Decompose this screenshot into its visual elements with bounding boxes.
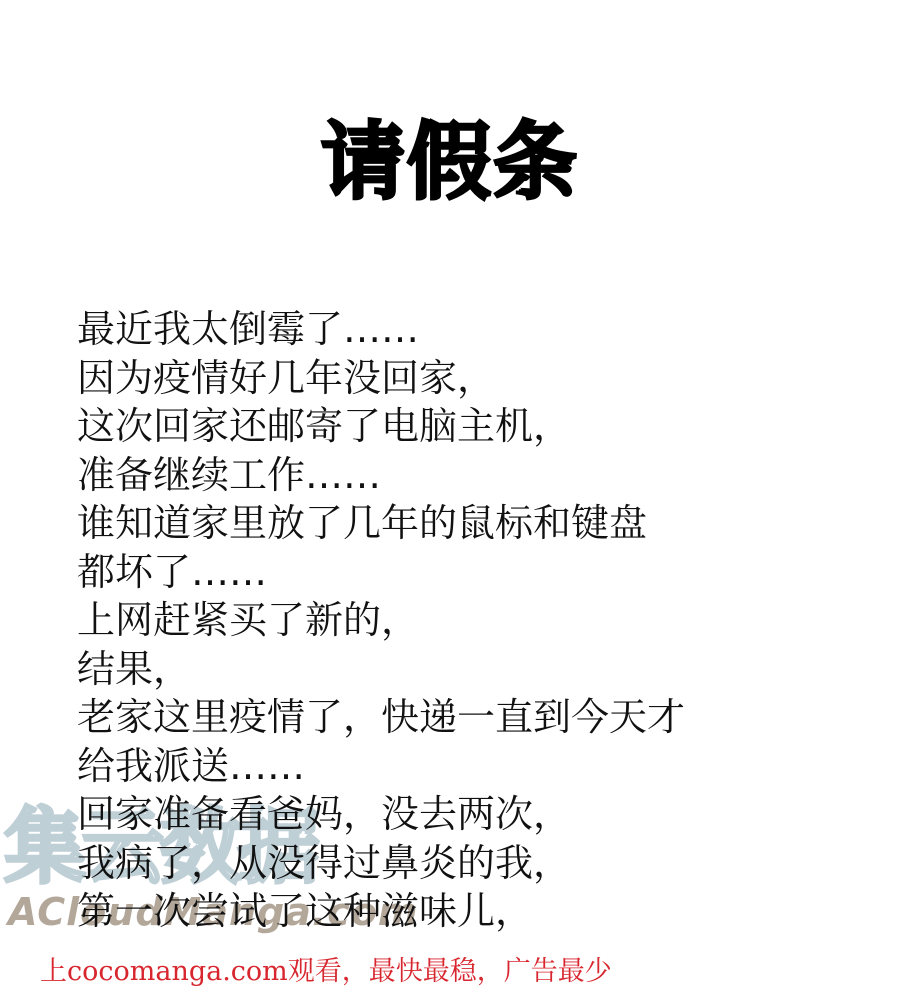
body-line: 因为疫情好几年没回家， (77, 354, 877, 403)
body-line: 上网赶紧买了新的， (77, 596, 877, 645)
body-line: 给我派送…… (77, 742, 877, 791)
body-line: 准备继续工作…… (77, 451, 877, 500)
body-line: 回家准备看爸妈，没去两次， (77, 790, 877, 839)
body-line: 谁知道家里放了几年的鼠标和键盘 (77, 499, 877, 548)
footer-ad-text: 上cocomanga.com观看，最快最稳，广告最少 (40, 952, 612, 992)
page-title: 请假条 (0, 112, 900, 212)
body-line: 我病了，从没得过鼻炎的我， (77, 839, 877, 888)
body-line: 这次回家还邮寄了电脑主机， (77, 402, 877, 451)
body-line: 都坏了…… (77, 548, 877, 597)
body-line: 结果， (77, 645, 877, 694)
leave-note-body: 最近我太倒霉了…… 因为疫情好几年没回家， 这次回家还邮寄了电脑主机， 准备继续… (77, 305, 877, 936)
body-line: 最近我太倒霉了…… (77, 305, 877, 354)
body-line: 老家这里疫情了，快递一直到今天才 (77, 693, 877, 742)
body-line: 第一次尝试了这种滋味儿， (77, 887, 877, 936)
